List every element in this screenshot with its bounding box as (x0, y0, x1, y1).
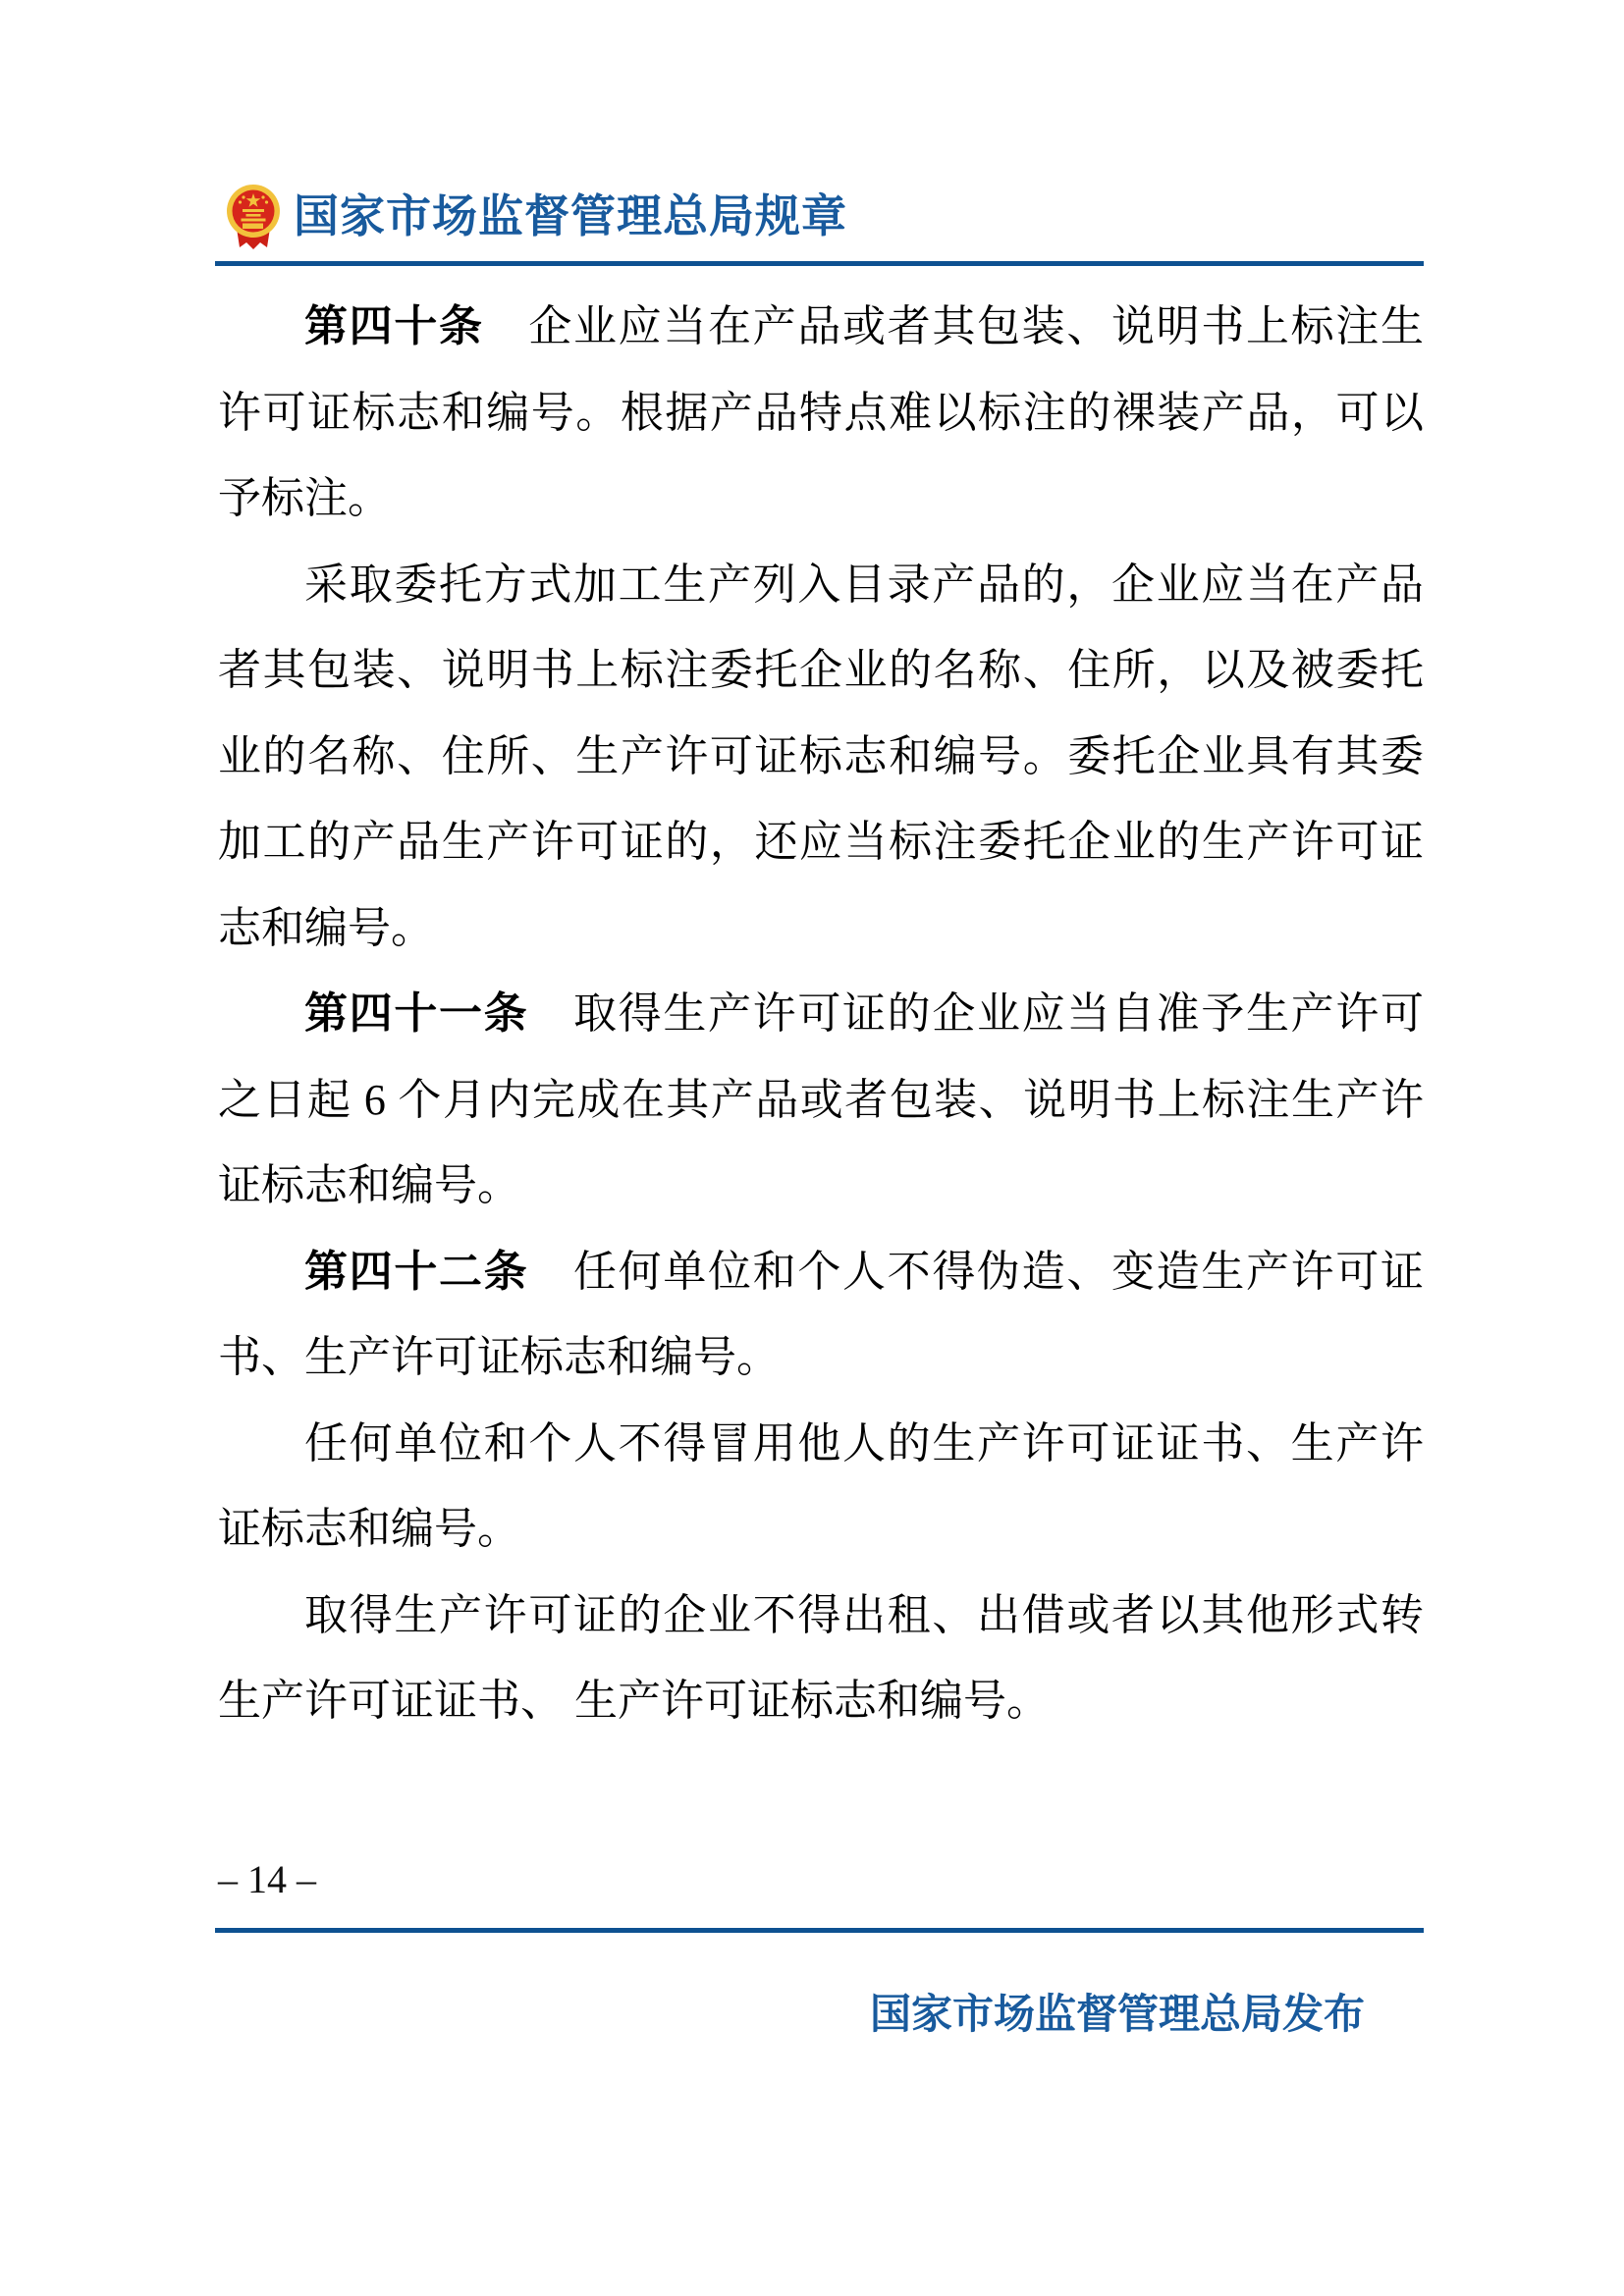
text-segment: 证标志和编号。 (218, 1161, 520, 1209)
document-page: 国家市场监督管理总局规章 第四十条 企业应当在产品或者其包装、说明书上标注生产许… (0, 0, 1624, 2296)
paragraph: 第四十条 企业应当在产品或者其包装、说明书上标注生产许可证标志和编号。根据产品特… (218, 284, 1424, 542)
text-line: 之日起 6 个月内完成在其产品或者包装、说明书上标注生产许可 (218, 1057, 1424, 1144)
text-segment: 证标志和编号。 (218, 1505, 520, 1553)
text-segment: 业的名称、住所、生产许可证标志和编号。委托企业具有其委托 (218, 732, 1424, 800)
text-segment: 采取委托方式加工生产列入目录产品的，企业应当在产品或 (304, 561, 1424, 628)
paragraph: 取得生产许可证的企业不得出租、出借或者以其他形式转让生产许可证证书、 生产许可证… (218, 1573, 1424, 1744)
article-number: 第四十条 (304, 302, 484, 350)
paragraph: 第四十二条 任何单位和个人不得伪造、变造生产许可证证书、生产许可证标志和编号。 (218, 1229, 1424, 1401)
text-segment: 许可证标志和编号。根据产品特点难以标注的裸装产品，可以不 (218, 389, 1424, 456)
text-line: 取得生产许可证的企业不得出租、出借或者以其他形式转让 (218, 1573, 1424, 1659)
text-line: 生产许可证证书、 生产许可证标志和编号。 (218, 1658, 1424, 1744)
text-segment: 书、生产许可证标志和编号。 (218, 1333, 780, 1381)
text-segment: 任何单位和个人不得冒用他人的生产许可证证书、生产许可 (304, 1419, 1424, 1487)
text-line: 者其包装、说明书上标注委托企业的名称、住所，以及被委托企 (218, 627, 1424, 714)
text-segment: 生产许可证证书、 生产许可证标志和编号。 (218, 1677, 1050, 1725)
header-rule (215, 261, 1424, 266)
document-body: 第四十条 企业应当在产品或者其包装、说明书上标注生产许可证标志和编号。根据产品特… (218, 284, 1424, 1744)
text-segment: 予标注。 (218, 474, 391, 522)
text-line: 证标志和编号。 (218, 1143, 1424, 1229)
text-line: 证标志和编号。 (218, 1486, 1424, 1573)
text-segment: 志和编号。 (218, 904, 434, 952)
text-segment: 取得生产许可证的企业不得出租、出借或者以其他形式转让 (304, 1591, 1424, 1659)
text-line: 采取委托方式加工生产列入目录产品的，企业应当在产品或 (218, 542, 1424, 628)
article-number: 第四十一条 (304, 989, 528, 1038)
national-emblem-icon (222, 183, 285, 249)
text-line: 予标注。 (218, 455, 1424, 542)
publisher-label: 国家市场监督管理总局发布 (218, 1989, 1365, 2040)
text-segment: 者其包装、说明书上标注委托企业的名称、住所，以及被委托企 (218, 646, 1424, 714)
page-number: – 14 – (218, 1857, 316, 1902)
text-segment: 加工的产品生产许可证的，还应当标注委托企业的生产许可证标 (218, 818, 1424, 885)
text-line: 书、生产许可证标志和编号。 (218, 1314, 1424, 1401)
text-line: 任何单位和个人不得冒用他人的生产许可证证书、生产许可 (218, 1401, 1424, 1487)
text-line: 第四十二条 任何单位和个人不得伪造、变造生产许可证证 (218, 1229, 1424, 1315)
paragraph: 第四十一条 取得生产许可证的企业应当自准予生产许可之日起 6 个月内完成在其产品… (218, 971, 1424, 1229)
text-line: 第四十条 企业应当在产品或者其包装、说明书上标注生产 (218, 284, 1424, 370)
text-line: 许可证标志和编号。根据产品特点难以标注的裸装产品，可以不 (218, 370, 1424, 456)
paragraph: 采取委托方式加工生产列入目录产品的，企业应当在产品或者其包装、说明书上标注委托企… (218, 542, 1424, 972)
footer-rule (215, 1928, 1424, 1933)
text-line: 加工的产品生产许可证的，还应当标注委托企业的生产许可证标 (218, 799, 1424, 885)
text-segment: 取得生产许可证的企业应当自准予生产许可 (528, 989, 1424, 1038)
text-line: 业的名称、住所、生产许可证标志和编号。委托企业具有其委托 (218, 714, 1424, 800)
text-line: 志和编号。 (218, 885, 1424, 972)
header-title: 国家市场监督管理总局规章 (294, 187, 847, 245)
text-line: 第四十一条 取得生产许可证的企业应当自准予生产许可 (218, 971, 1424, 1057)
article-number: 第四十二条 (304, 1248, 528, 1296)
paragraph: 任何单位和个人不得冒用他人的生产许可证证书、生产许可证标志和编号。 (218, 1401, 1424, 1573)
text-segment: 之日起 6 个月内完成在其产品或者包装、说明书上标注生产许可 (218, 1076, 1424, 1144)
